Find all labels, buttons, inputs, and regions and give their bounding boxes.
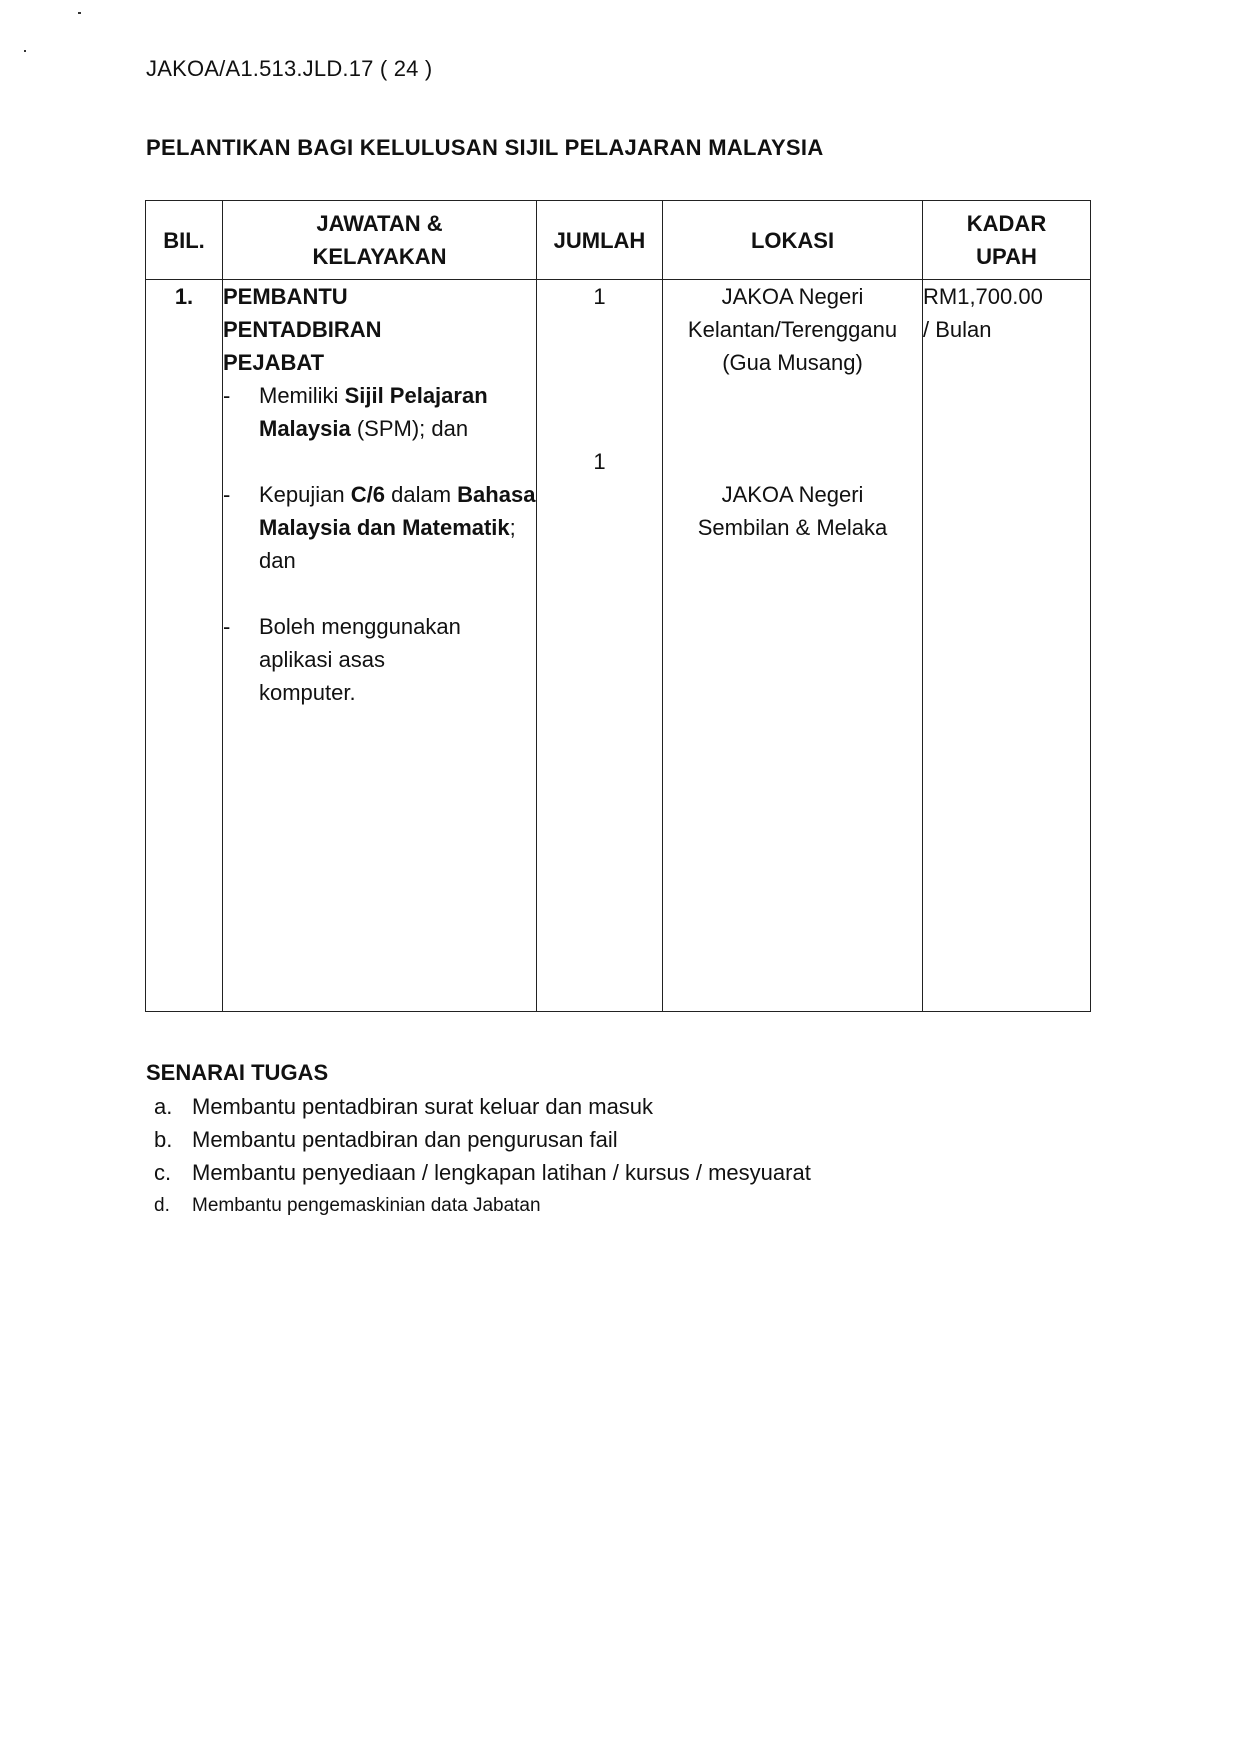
task-text: Membantu pentadbiran dan pengurusan fail [192, 1127, 618, 1152]
cell-lokasi: JAKOA Negeri Kelantan/Terengganu (Gua Mu… [663, 280, 923, 1012]
document-title: PELANTIKAN BAGI KELULUSAN SIJIL PELAJARA… [146, 135, 824, 161]
task-item: d.Membantu pengemaskinian data Jabatan [146, 1189, 811, 1222]
cell-jumlah: 1 1 [537, 280, 663, 1012]
header-jawatan-line2: KELAYAKAN [312, 244, 446, 269]
task-list-section: SENARAI TUGAS a.Membantu pentadbiran sur… [146, 1060, 811, 1222]
lokasi-line: Sembilan & Melaka [663, 511, 922, 544]
cell-jawatan: PEMBANTU PENTADBIRAN PEJABAT Memiliki Si… [223, 280, 537, 1012]
kadar-amount: RM1,700.00 [923, 280, 1090, 313]
task-text: Membantu pentadbiran surat keluar dan ma… [192, 1094, 653, 1119]
jumlah-value: 1 [537, 280, 662, 313]
qual-text: (SPM); dan [351, 416, 468, 441]
header-lokasi: LOKASI [663, 201, 923, 280]
lokasi-line: JAKOA Negeri [663, 478, 922, 511]
task-item: a.Membantu pentadbiran surat keluar dan … [146, 1090, 811, 1123]
cell-kadar: RM1,700.00 / Bulan [923, 280, 1091, 1012]
document-reference: JAKOA/A1.513.JLD.17 ( 24 ) [146, 56, 432, 82]
header-jawatan-line1: JAWATAN & [316, 211, 442, 236]
qualification-list: Memiliki Sijil Pelajaran Malaysia (SPM);… [223, 379, 536, 709]
lokasi-line: (Gua Musang) [663, 346, 922, 379]
header-bil: BIL. [146, 201, 223, 280]
kadar-period: / Bulan [923, 313, 1090, 346]
header-kadar: KADAR UPAH [923, 201, 1091, 280]
lokasi-line: JAKOA Negeri [663, 280, 922, 313]
task-label: b. [154, 1123, 172, 1156]
task-label: d. [154, 1189, 170, 1222]
task-label: a. [154, 1090, 172, 1123]
scan-speck [78, 12, 81, 14]
qualification-item: Boleh menggunakan aplikasi asas komputer… [223, 610, 479, 709]
job-table: BIL. JAWATAN & KELAYAKAN JUMLAH LOKASI K… [145, 200, 1091, 1012]
lokasi-line: Kelantan/Terengganu [663, 313, 922, 346]
task-item: b.Membantu pentadbiran dan pengurusan fa… [146, 1123, 811, 1156]
position-line: PEJABAT [223, 350, 324, 375]
qual-text: Kepujian [259, 482, 351, 507]
scan-speck [24, 50, 26, 52]
task-text: Membantu pengemaskinian data Jabatan [192, 1195, 541, 1216]
qual-bold: C/6 [351, 482, 385, 507]
table-row: 1. PEMBANTU PENTADBIRAN PEJABAT Memiliki… [146, 280, 1091, 1012]
task-list: a.Membantu pentadbiran surat keluar dan … [146, 1090, 811, 1222]
position-line: PENTADBIRAN [223, 317, 381, 342]
header-jumlah: JUMLAH [537, 201, 663, 280]
qualification-item: Memiliki Sijil Pelajaran Malaysia (SPM);… [223, 379, 536, 445]
task-text: Membantu penyediaan / lengkapan latihan … [192, 1160, 811, 1185]
header-kadar-line2: UPAH [976, 244, 1037, 269]
task-label: c. [154, 1156, 171, 1189]
qual-text: Memiliki [259, 383, 345, 408]
position-title: PEMBANTU PENTADBIRAN PEJABAT [223, 280, 536, 379]
qualification-item: Kepujian C/6 dalam Bahasa Malaysia dan M… [223, 478, 536, 577]
table-header-row: BIL. JAWATAN & KELAYAKAN JUMLAH LOKASI K… [146, 201, 1091, 280]
qual-text: dalam [385, 482, 457, 507]
task-item: c.Membantu penyediaan / lengkapan latiha… [146, 1156, 811, 1189]
qual-text: Boleh menggunakan aplikasi asas komputer… [259, 614, 461, 705]
position-line: PEMBANTU [223, 284, 348, 309]
header-kadar-line1: KADAR [967, 211, 1046, 236]
task-list-heading: SENARAI TUGAS [146, 1060, 811, 1086]
header-jawatan: JAWATAN & KELAYAKAN [223, 201, 537, 280]
jumlah-value: 1 [537, 445, 662, 478]
cell-bil: 1. [146, 280, 223, 1012]
